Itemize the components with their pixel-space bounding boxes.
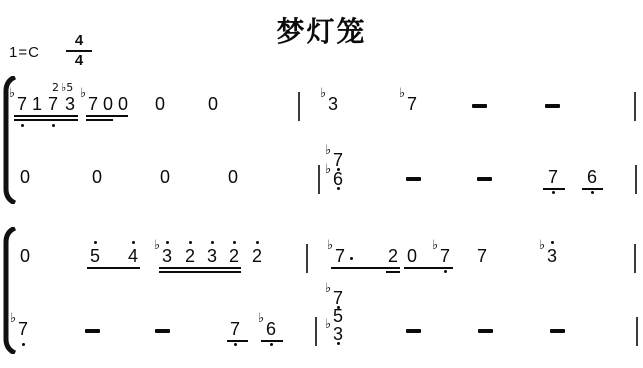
rest-note: 0 xyxy=(103,95,113,113)
flat-sign: ♭ xyxy=(10,312,16,325)
beam-line xyxy=(14,115,78,117)
flat-sign: ♭ xyxy=(325,318,331,331)
note: 2 xyxy=(185,247,195,265)
note: 6 xyxy=(266,320,276,338)
octave-dot-low xyxy=(52,124,55,127)
rest-note: 0 xyxy=(228,168,238,186)
dash-note xyxy=(477,177,492,181)
flat-sign: ♭ xyxy=(154,239,160,252)
barline xyxy=(318,165,320,194)
barline xyxy=(634,92,636,121)
note: 7 xyxy=(18,320,28,338)
dash-note xyxy=(545,104,560,108)
octave-dot-high xyxy=(94,241,97,244)
octave-dot-high xyxy=(211,241,214,244)
rest-note: 0 xyxy=(118,95,128,113)
notation-area: 7♭1723♭57♭00003♭7♭00007♭6♭760543♭23227♭2… xyxy=(0,0,643,368)
barline xyxy=(306,244,308,273)
octave-dot-high xyxy=(256,241,259,244)
beam-line xyxy=(14,119,78,121)
note: 2 xyxy=(229,247,239,265)
beam-line xyxy=(227,340,248,342)
note: 1 xyxy=(32,95,42,113)
note: 3 xyxy=(328,95,338,113)
beam-line xyxy=(159,267,241,269)
grace-chord-note: 2 xyxy=(52,82,59,93)
octave-dot-high xyxy=(166,241,169,244)
flat-sign: ♭ xyxy=(9,87,15,100)
barline xyxy=(298,92,300,121)
barline xyxy=(315,317,317,346)
note: 7 xyxy=(335,247,345,265)
octave-dot-low xyxy=(270,343,273,346)
dash-note xyxy=(406,177,421,181)
note: 3 xyxy=(547,247,557,265)
note: 3 xyxy=(65,95,75,113)
rest-note: 0 xyxy=(208,95,218,113)
dash-note xyxy=(155,329,170,333)
octave-dot xyxy=(337,187,340,190)
rest-note: 0 xyxy=(155,95,165,113)
dash-note xyxy=(550,329,565,333)
rest-note: 0 xyxy=(407,247,417,265)
octave-dot-low xyxy=(552,191,555,194)
note: 5 xyxy=(90,247,100,265)
note: 3 xyxy=(207,247,217,265)
beam-line xyxy=(543,188,565,190)
octave-dot xyxy=(337,342,340,345)
flat-sign: ♭ xyxy=(325,282,331,295)
octave-dot-high xyxy=(132,241,135,244)
flat-sign: ♭ xyxy=(539,239,545,252)
chord-note: 7 xyxy=(333,289,343,307)
sheet-music-page: 梦灯笼 1=C 4 4 7♭1723♭57♭00003♭7♭00007♭6♭76… xyxy=(0,0,643,368)
octave-dot-low xyxy=(234,343,237,346)
note: 3 xyxy=(162,247,172,265)
flat-sign: ♭ xyxy=(327,239,333,252)
octave-dot-low xyxy=(21,124,24,127)
system-bracket-icon xyxy=(0,227,20,354)
octave-dot-low xyxy=(22,343,25,346)
barline xyxy=(634,244,636,273)
flat-sign: ♭ xyxy=(80,87,86,100)
chord-note: 3 xyxy=(333,325,343,343)
beam-line xyxy=(86,119,113,121)
note: 7 xyxy=(407,95,417,113)
flat-sign: ♭ xyxy=(325,144,331,157)
dash-note xyxy=(85,329,100,333)
barline xyxy=(635,165,637,194)
flat-sign: ♭ xyxy=(399,87,405,100)
chord-note: 5 xyxy=(333,307,343,325)
octave-dot-high xyxy=(189,241,192,244)
chord-note: 7 xyxy=(333,151,343,169)
dash-note xyxy=(478,329,493,333)
note: 2 xyxy=(252,247,262,265)
flat-sign: ♭ xyxy=(320,87,326,100)
octave-dot-high xyxy=(233,241,236,244)
note: 4 xyxy=(128,247,138,265)
flat-sign: ♭ xyxy=(432,239,438,252)
octave-dot-low xyxy=(591,191,594,194)
beam-line xyxy=(86,115,128,117)
rest-note: 0 xyxy=(92,168,102,186)
octave-dot-high xyxy=(551,241,554,244)
note: 6 xyxy=(587,168,597,186)
note: 7 xyxy=(17,95,27,113)
chord-note: 6 xyxy=(333,170,343,188)
rest-note: 0 xyxy=(160,168,170,186)
beam-line xyxy=(582,188,603,190)
note: 7 xyxy=(88,95,98,113)
note: 7 xyxy=(477,247,487,265)
flat-sign: ♭ xyxy=(258,312,264,325)
octave-dot-low xyxy=(444,270,447,273)
barline xyxy=(636,317,638,346)
grace-chord-note: ♭5 xyxy=(61,82,73,93)
flat-sign: ♭ xyxy=(325,163,331,176)
dash-note xyxy=(406,329,421,333)
beam-line xyxy=(87,267,140,269)
beam-line xyxy=(404,267,453,269)
beam-line xyxy=(386,271,400,273)
beam-line xyxy=(261,340,283,342)
note: 7 xyxy=(230,320,240,338)
beam-line xyxy=(159,271,241,273)
rest-note: 0 xyxy=(20,168,30,186)
note: 2 xyxy=(388,247,398,265)
note: 7 xyxy=(48,95,58,113)
note: 7 xyxy=(548,168,558,186)
duration-dot xyxy=(350,257,353,260)
beam-line xyxy=(331,267,400,269)
rest-note: 0 xyxy=(20,247,30,265)
note: 7 xyxy=(440,247,450,265)
dash-note xyxy=(472,104,487,108)
